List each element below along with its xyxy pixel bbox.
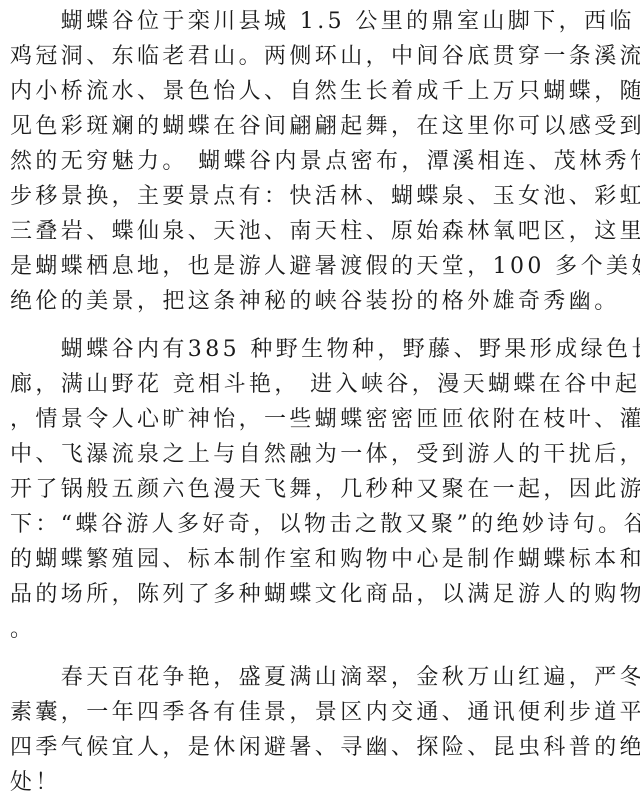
text-line: ，情景令人心旷神怡，一些蝴蝶密密匝匝依附在枝叶、灌木丛 bbox=[10, 402, 635, 437]
text-line: 品的场所，陈列了多种蝴蝶文化商品，以满足游人的购物需求 bbox=[10, 577, 635, 612]
text-line: 素囊，一年四季各有佳景，景区内交通、通讯便利步道平坦， bbox=[10, 695, 635, 730]
text-line: 中、飞瀑流泉之上与自然融为一体，受到游人的干扰后，象炸 bbox=[10, 437, 635, 472]
text-line: 春天百花争艳，盛夏满山滴翠，金秋万山红遍，严冬银妆 bbox=[10, 660, 635, 695]
text-line: 见色彩斑斓的蝴蝶在谷间翩翩起舞，在这里你可以感受到大自 bbox=[10, 109, 635, 144]
text-line: 下：“蝶谷游人多好奇，以物击之散又聚”的绝妙诗句。谷内 bbox=[10, 507, 635, 542]
text-line: 的蝴蝶繁殖园、标本制作室和购物中心是制作蝴蝶标本和工艺 bbox=[10, 542, 635, 577]
text-line: 步移景换，主要景点有：快活林、蝴蝶泉、玉女池、彩虹瀑、 bbox=[10, 179, 635, 214]
text-line: 然的无穷魅力。 蝴蝶谷内景点密布，潭溪相连、茂林秀竹、 bbox=[10, 144, 635, 179]
text-line: 内小桥流水、景色怡人、自然生长着成千上万只蝴蝶，随处可 bbox=[10, 74, 635, 109]
text-line: 绝伦的美景，把这条神秘的峡谷装扮的格外雄奇秀幽。 bbox=[10, 284, 635, 319]
text-line: 蝴蝶谷位于栾川县城 1.5 公里的鼎室山脚下，西临 bbox=[10, 4, 635, 39]
text-line: 三叠岩、蝶仙泉、天池、南天柱、原始森林氧吧区，这里不但 bbox=[10, 214, 635, 249]
paragraph-seasons: 春天百花争艳，盛夏满山滴翠，金秋万山红遍，严冬银妆 素囊，一年四季各有佳景，景区… bbox=[10, 660, 635, 800]
text-line: 鸡冠洞、东临老君山。两侧环山，中间谷底贯穿一条溪流，谷 bbox=[10, 39, 635, 74]
text-line: 蝴蝶谷内有385 种野生物种，野藤、野果形成绿色长 bbox=[10, 332, 635, 367]
text-line: 廊，满山野花 竞相斗艳， 进入峡谷，漫天蝴蝶在谷中起舞 bbox=[10, 367, 635, 402]
text-line: 。 bbox=[10, 612, 635, 647]
paragraph-wildlife: 蝴蝶谷内有385 种野生物种，野藤、野果形成绿色长 廊，满山野花 竞相斗艳， 进… bbox=[10, 332, 635, 647]
paragraph-intro: 蝴蝶谷位于栾川县城 1.5 公里的鼎室山脚下，西临 鸡冠洞、东临老君山。两侧环山… bbox=[10, 4, 635, 319]
text-line: 四季气候宜人，是休闲避暑、寻幽、探险、昆虫科普的绝佳去 bbox=[10, 730, 635, 765]
text-line: 开了锅般五颜六色漫天飞舞，几秒种又聚在一起，因此游人留 bbox=[10, 472, 635, 507]
document-page: 蝴蝶谷位于栾川县城 1.5 公里的鼎室山脚下，西临 鸡冠洞、东临老君山。两侧环山… bbox=[0, 0, 640, 806]
text-line: 处！ bbox=[10, 765, 635, 800]
text-line: 是蝴蝶栖息地，也是游人避暑渡假的天堂，100 多个美妙 bbox=[10, 249, 635, 284]
